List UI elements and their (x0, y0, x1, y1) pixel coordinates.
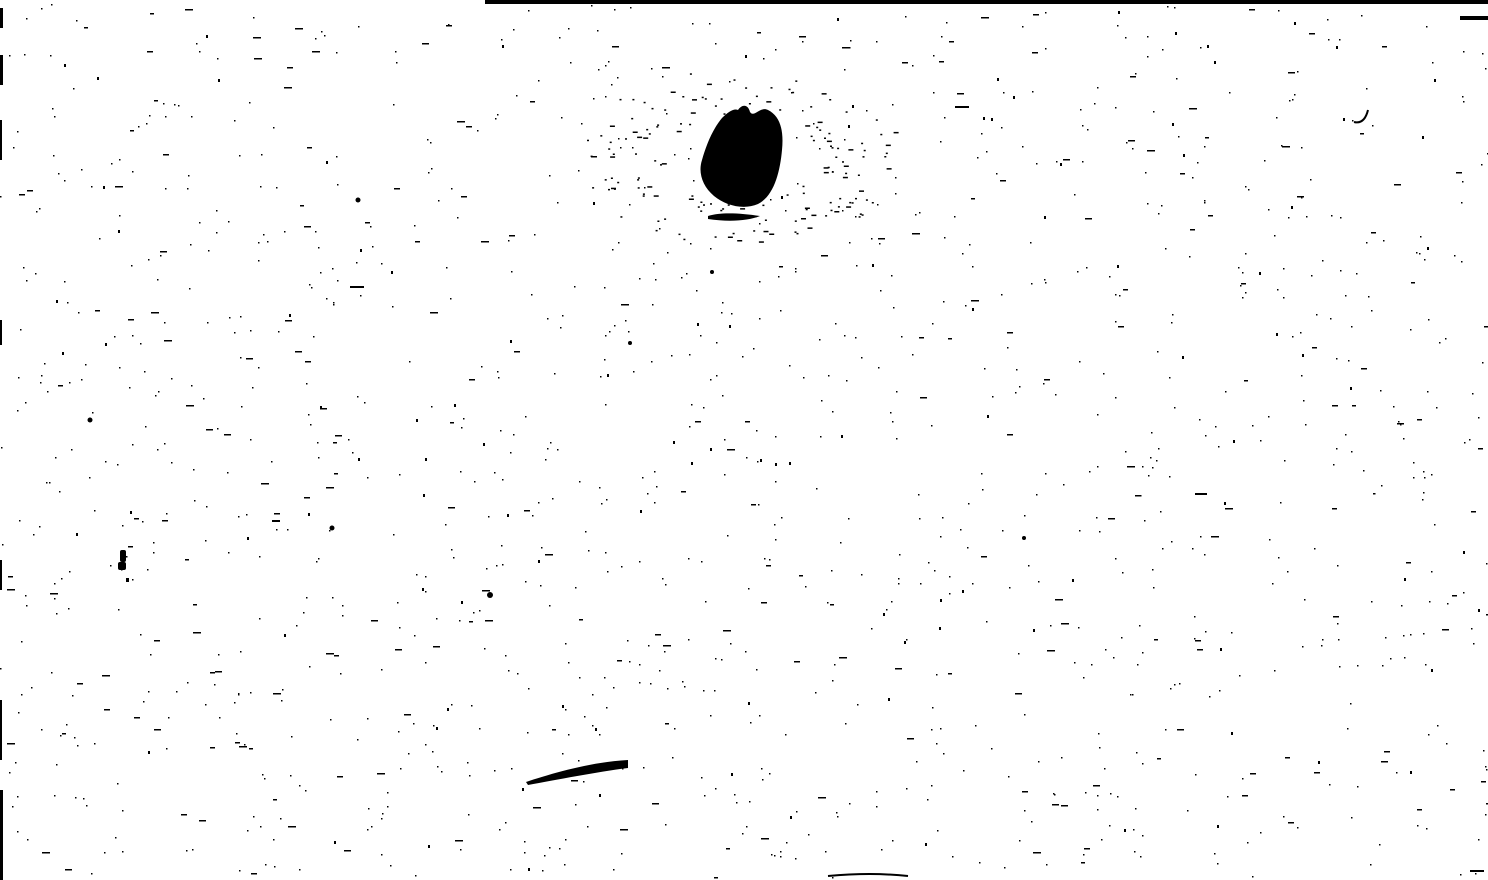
texture-image: High-contrast black and white thresholde… (0, 0, 1488, 880)
top-right-mark (1460, 16, 1488, 20)
top-border-band (485, 0, 1488, 4)
